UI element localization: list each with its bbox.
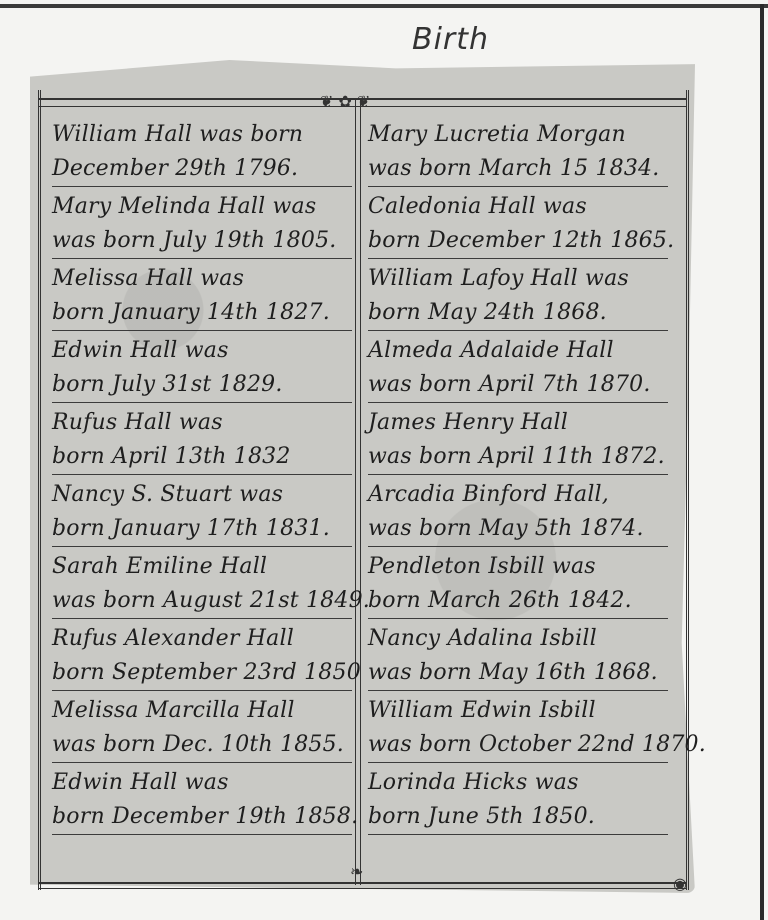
- entry-date-line: December 29th 1796.: [52, 152, 352, 187]
- entry-name-line: Almeda Adalaide Hall: [368, 334, 668, 368]
- entry-name-line: William Lafoy Hall was: [368, 262, 668, 296]
- birth-entry: Melissa Marcilla Hall was born Dec. 10th…: [52, 694, 352, 763]
- corner-rosette-icon: ◉: [673, 874, 687, 893]
- entry-name-line: Mary Lucretia Morgan: [368, 118, 668, 152]
- entry-date-line: was born October 22nd 1870.: [368, 728, 668, 763]
- birth-entry: Sarah Emiline Hall was born August 21st …: [52, 550, 352, 619]
- birth-entry: Mary Melinda Hall was was born July 19th…: [52, 190, 352, 259]
- entry-name-line: Pendleton Isbill was: [368, 550, 668, 584]
- entry-date-line: was born March 15 1834.: [368, 152, 668, 187]
- entry-name-line: Arcadia Binford Hall,: [368, 478, 668, 512]
- birth-entry: Rufus Hall was born April 13th 1832: [52, 406, 352, 475]
- entry-name-line: Nancy Adalina Isbill: [368, 622, 668, 656]
- birth-entry: Edwin Hall was born December 19th 1858.: [52, 766, 352, 835]
- right-column: Mary Lucretia Morgan was born March 15 1…: [368, 118, 668, 838]
- entry-date-line: born December 12th 1865.: [368, 224, 668, 259]
- birth-entry: Edwin Hall was born July 31st 1829.: [52, 334, 352, 403]
- scan-top-edge: [0, 4, 768, 8]
- scan-right-edge: [760, 4, 764, 920]
- birth-entry: William Edwin Isbill was born October 22…: [368, 694, 668, 763]
- page-heading: Birth: [412, 22, 489, 57]
- entry-date-line: was born July 19th 1805.: [52, 224, 352, 259]
- entry-date-line: born December 19th 1858.: [52, 800, 352, 835]
- entry-date-line: born April 13th 1832: [52, 440, 352, 475]
- floral-ornament-icon: ❦ ✿ ❦: [320, 92, 370, 111]
- entry-name-line: William Edwin Isbill: [368, 694, 668, 728]
- entry-name-line: Rufus Hall was: [52, 406, 352, 440]
- left-column: William Hall was born December 29th 1796…: [52, 118, 352, 838]
- entry-date-line: born July 31st 1829.: [52, 368, 352, 403]
- entry-name-line: Caledonia Hall was: [368, 190, 668, 224]
- birth-entry: William Lafoy Hall was born May 24th 186…: [368, 262, 668, 331]
- scroll-ornament-icon: ❧: [350, 862, 363, 881]
- entry-date-line: born January 17th 1831.: [52, 512, 352, 547]
- entry-date-line: was born August 21st 1849.: [52, 584, 352, 619]
- birth-entry: Rufus Alexander Hall born September 23rd…: [52, 622, 352, 691]
- birth-entry: Lorinda Hicks was born June 5th 1850.: [368, 766, 668, 835]
- birth-entry: William Hall was born December 29th 1796…: [52, 118, 352, 187]
- birth-entry: Nancy S. Stuart was born January 17th 18…: [52, 478, 352, 547]
- column-divider: [355, 100, 361, 885]
- birth-entry: Caledonia Hall was born December 12th 18…: [368, 190, 668, 259]
- entry-name-line: Edwin Hall was: [52, 766, 352, 800]
- entry-date-line: was born May 16th 1868.: [368, 656, 668, 691]
- entry-name-line: Sarah Emiline Hall: [52, 550, 352, 584]
- entry-name-line: Lorinda Hicks was: [368, 766, 668, 800]
- birth-entry: Pendleton Isbill was born March 26th 184…: [368, 550, 668, 619]
- frame-bottom-border: [38, 882, 686, 889]
- entry-name-line: Mary Melinda Hall was: [52, 190, 352, 224]
- entry-name-line: Melissa Marcilla Hall: [52, 694, 352, 728]
- entry-date-line: was born Dec. 10th 1855.: [52, 728, 352, 763]
- birth-entry: James Henry Hall was born April 11th 187…: [368, 406, 668, 475]
- birth-entry: Almeda Adalaide Hall was born April 7th …: [368, 334, 668, 403]
- entry-date-line: born June 5th 1850.: [368, 800, 668, 835]
- entry-date-line: born January 14th 1827.: [52, 296, 352, 331]
- entry-name-line: William Hall was born: [52, 118, 352, 152]
- entry-name-line: Rufus Alexander Hall: [52, 622, 352, 656]
- entry-date-line: born September 23rd 1850: [52, 656, 352, 691]
- entry-name-line: James Henry Hall: [368, 406, 668, 440]
- birth-entry: Arcadia Binford Hall, was born May 5th 1…: [368, 478, 668, 547]
- entry-date-line: born May 24th 1868.: [368, 296, 668, 331]
- entry-name-line: Melissa Hall was: [52, 262, 352, 296]
- birth-entry: Melissa Hall was born January 14th 1827.: [52, 262, 352, 331]
- entry-date-line: was born April 7th 1870.: [368, 368, 668, 403]
- birth-entry: Nancy Adalina Isbill was born May 16th 1…: [368, 622, 668, 691]
- entry-date-line: born March 26th 1842.: [368, 584, 668, 619]
- entry-name-line: Nancy S. Stuart was: [52, 478, 352, 512]
- entry-date-line: was born May 5th 1874.: [368, 512, 668, 547]
- entry-name-line: Edwin Hall was: [52, 334, 352, 368]
- entry-date-line: was born April 11th 1872.: [368, 440, 668, 475]
- birth-entry: Mary Lucretia Morgan was born March 15 1…: [368, 118, 668, 187]
